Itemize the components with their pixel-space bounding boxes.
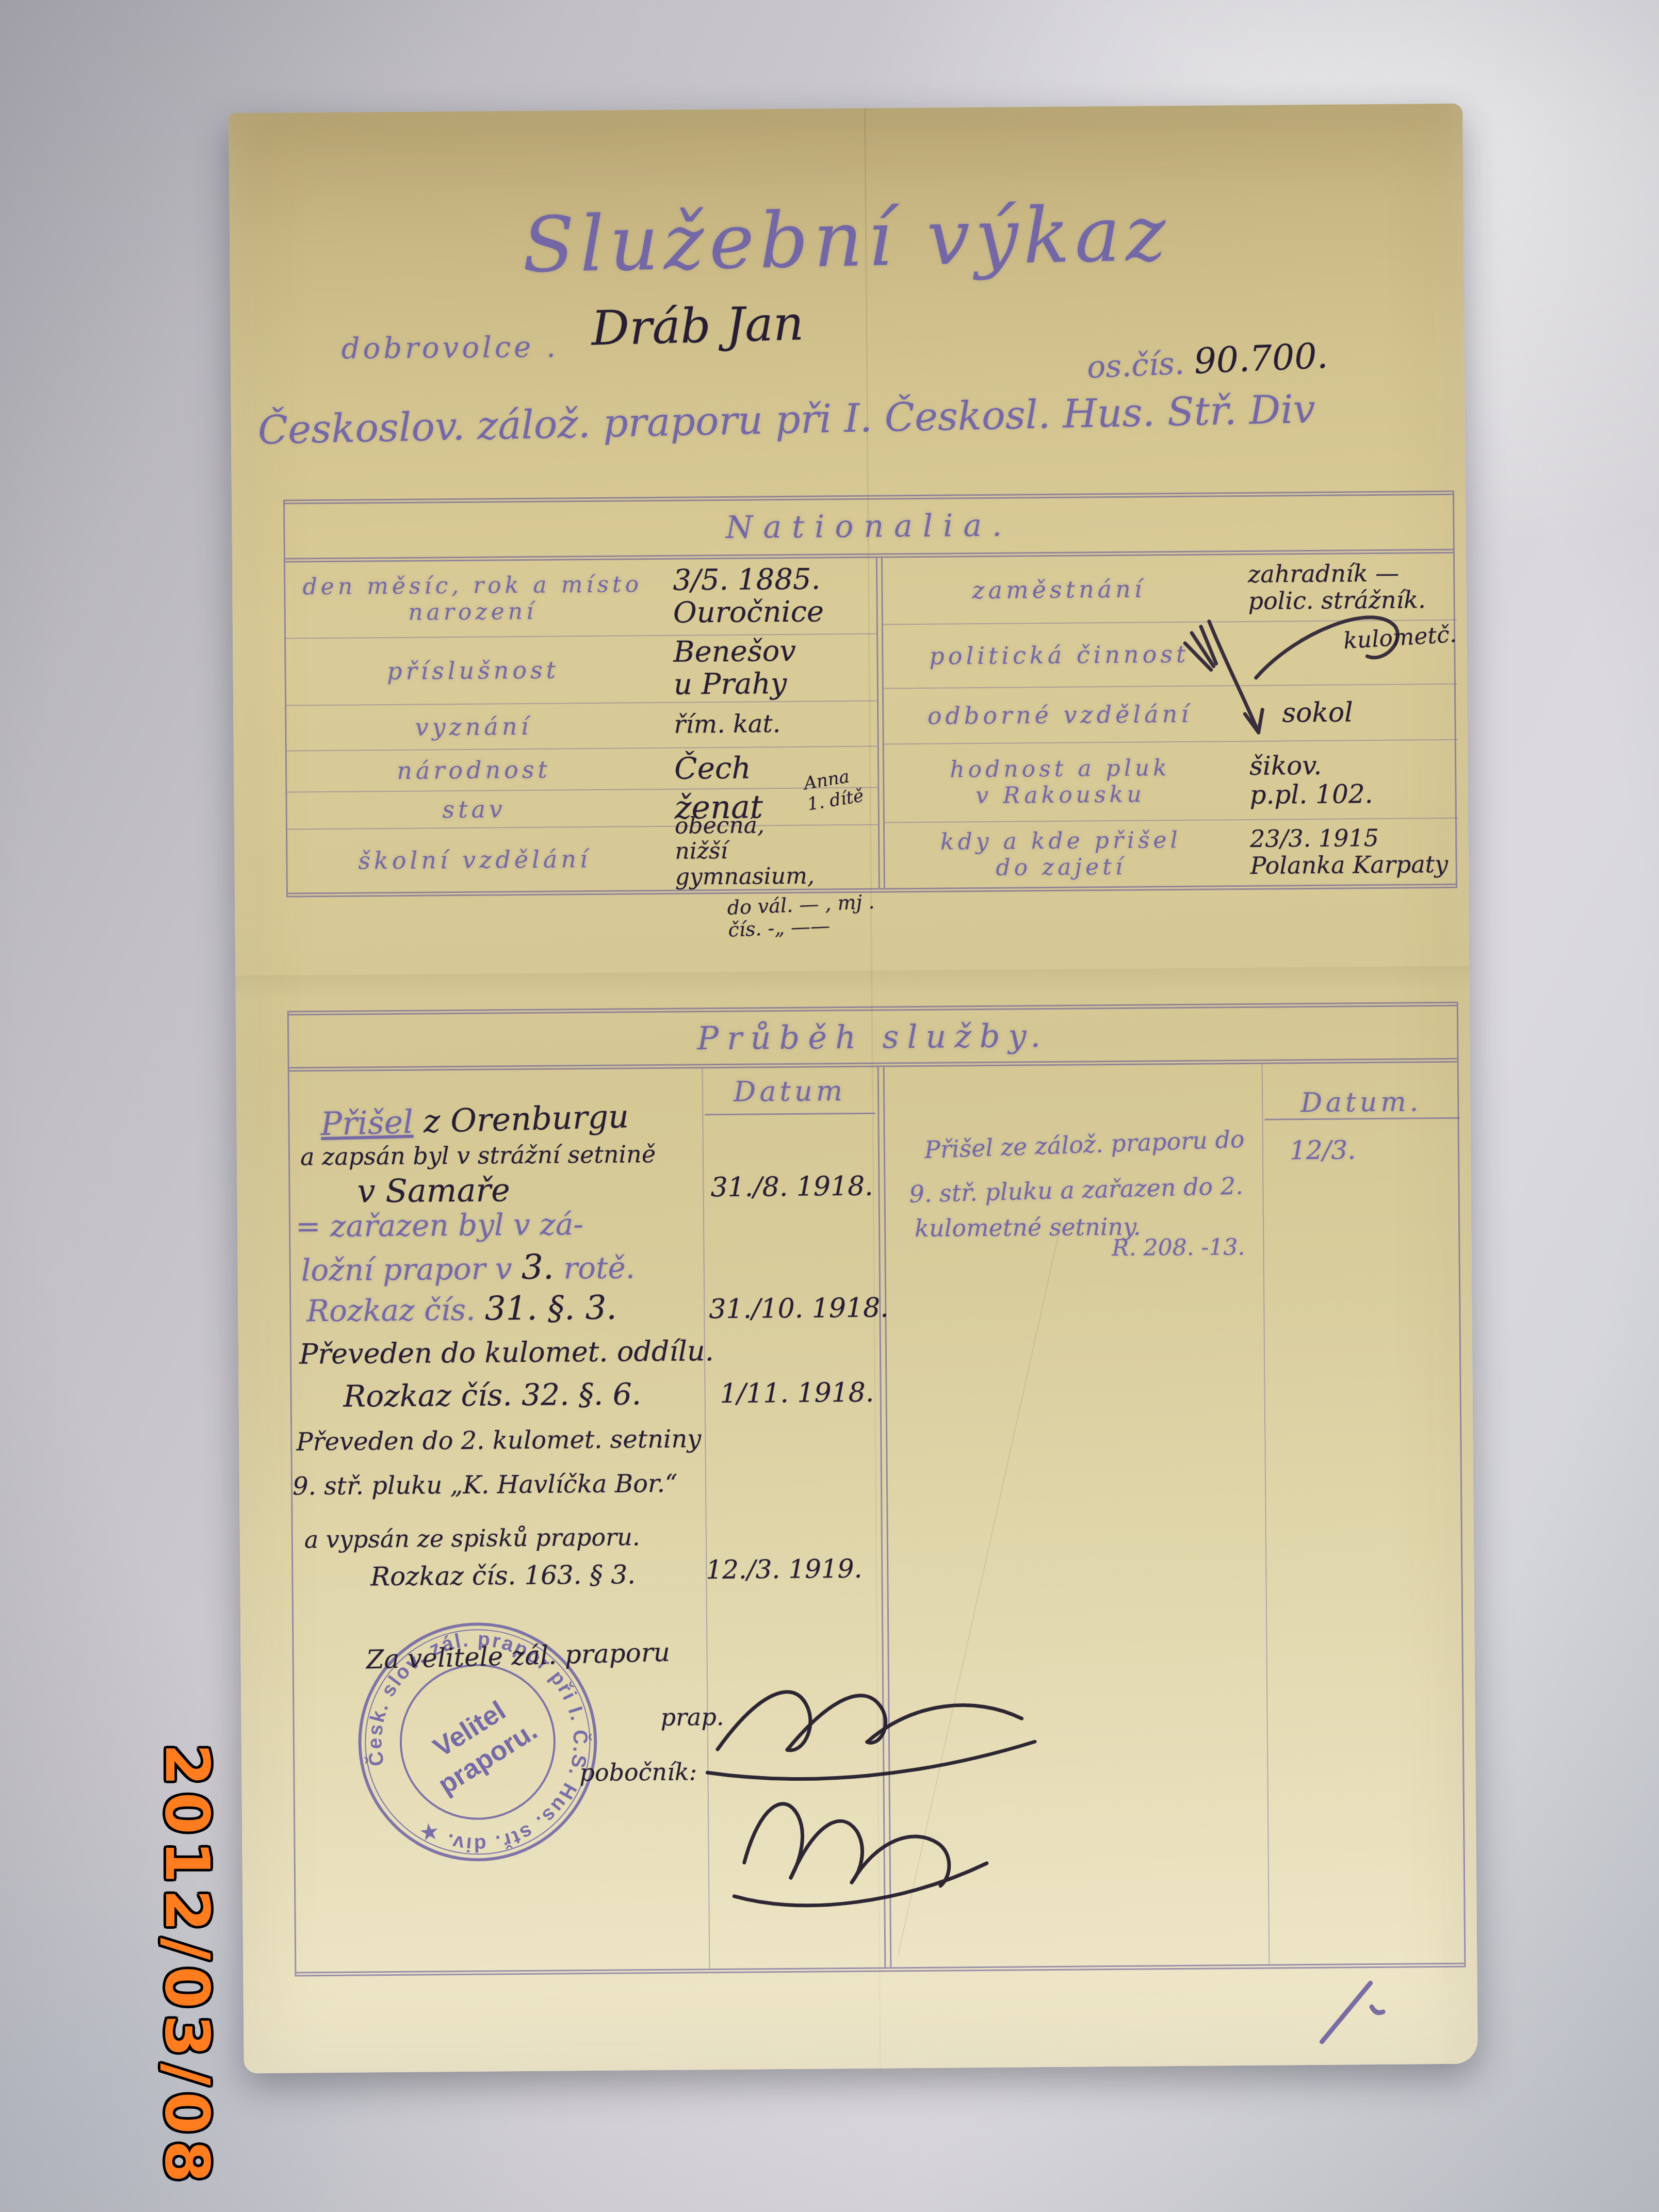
page-mark [1314, 1977, 1392, 2050]
datum-divider-left [702, 1068, 710, 1969]
rentry-ref: R. 208. -13. [1112, 1234, 1245, 1261]
adjutant-label: pobočník: [579, 1759, 697, 1786]
service-body: Datum Datum. Přišel z Orenburgu a zapsán… [289, 1063, 1465, 1977]
entry3-line1: Převeden do kulomet. oddílu. [299, 1336, 714, 1370]
camera-timestamp: 2012/03/08 [152, 1744, 223, 2189]
entry4-line2: 9. stř. pluku „K. Havlíčka Bor.“ [292, 1470, 678, 1501]
field-label-schooling: školní vzdělání [287, 827, 662, 893]
entry1-date: 31./8. 1918. [710, 1172, 873, 1203]
field-label-birth: den měsíc, rok a místo narození [285, 560, 660, 639]
nationalia-header: Nationalia. [285, 491, 1453, 563]
datum-column-header-right: Datum. [1262, 1086, 1460, 1119]
entry2-line2-post: rotě. [554, 1250, 636, 1286]
document-title: Služební výkaz [229, 186, 1465, 294]
personal-number-label: os.čís. [1086, 346, 1185, 386]
field-value-schooling: obecná, nižší gymnasium, [661, 812, 879, 890]
paper-crease [235, 966, 1469, 1000]
field-value-religion: řím. kat. [660, 702, 877, 749]
personal-number-value: 90.700. [1193, 336, 1329, 382]
unit-line: Českoslov. zálož. praporu při I. Českosl… [257, 384, 1450, 452]
volunteer-label: dobrovolce . [341, 331, 559, 365]
entry2-line2: ložní prapor v 3. rotě. [301, 1247, 635, 1288]
rentry-date: 12/3. [1290, 1135, 1356, 1165]
entry4-line3: a vypsán ze spisků praporu. [304, 1524, 640, 1553]
field-label-religion: vyznání [286, 703, 661, 752]
nationalia-table: Nationalia. den měsíc, rok a místo naroz… [283, 491, 1457, 898]
field-value-domicile: Benešov u Prahy [660, 635, 877, 703]
service-table: Průběh služby. Datum Datum. Přišel z Ore… [287, 1002, 1466, 1977]
datum-underline-left [705, 1113, 875, 1116]
entry4-line1: Převeden do 2. kulomet. setniny [296, 1425, 701, 1456]
rentry-line2: 9. stř. pluku a zařazen do 2. [909, 1173, 1243, 1208]
person-name: Dráb Jan [591, 297, 804, 355]
entry2-line2-num: 3. [522, 1247, 555, 1287]
field-label-status: stav [287, 790, 661, 830]
entry1-line1: Přišel z Orenburgu [320, 1098, 629, 1142]
entry4-date: 12./3. 1919. [706, 1554, 863, 1584]
rentry-line1: Přišel ze zálož. praporu do [924, 1126, 1245, 1164]
table-footnote: do vál. — , mj . čís. -„ —— [727, 891, 876, 941]
entry3-date: 1/11. 1918. [720, 1378, 874, 1409]
entry1-line3: v Samaře [357, 1172, 510, 1209]
service-header: Průběh služby. [289, 1002, 1457, 1072]
datum-divider-right [1262, 1064, 1270, 1964]
entry1-from: z Orenburgu [413, 1097, 629, 1141]
entry2-line1: = zařazen byl v zá- [296, 1208, 583, 1243]
entry4-order: Rozkaz čís. 163. § 3. [370, 1560, 636, 1591]
entry2-order-num: 31. §. 3. [485, 1289, 617, 1328]
field-label-nationality: národnost [287, 749, 661, 793]
paper-document: Služební výkaz dobrovolce . Dráb Jan os.… [229, 104, 1478, 2074]
battalion-stamp: Česk. slov. zál. prapor při I. Č.S. Hus.… [324, 1588, 632, 1896]
field-label-domicile: příslušnost [286, 636, 660, 706]
entry2-order-pre: Rozkaz čís. [306, 1292, 485, 1329]
entry1-line2: a zapsán byl v strážní setnině [300, 1141, 656, 1170]
personal-number: os.čís. 90.700. [1086, 337, 1329, 386]
nationalia-body: den měsíc, rok a místo narození 3/5. 188… [285, 554, 1456, 898]
rentry-line3: kulometné setniny. [915, 1214, 1141, 1242]
entry1-came: Přišel [320, 1103, 414, 1143]
entry2-line2-pre: ložní prapor v [301, 1251, 522, 1288]
entry2-order: Rozkaz čís. 31. §. 3. [306, 1290, 617, 1329]
entry2-date: 31./10. 1918. [709, 1293, 889, 1324]
ink-arrow-graphic [883, 554, 1459, 888]
signature-adjutant [718, 1747, 998, 1920]
datum-column-header-left: Datum [702, 1075, 877, 1109]
nationalia-left-half: den měsíc, rok a místo narození 3/5. 188… [285, 558, 879, 893]
field-value-birth: 3/5. 1885. Ouročnice [659, 558, 876, 636]
entry3-order: Rozkaz čís. 32. §. 6. [343, 1377, 641, 1413]
